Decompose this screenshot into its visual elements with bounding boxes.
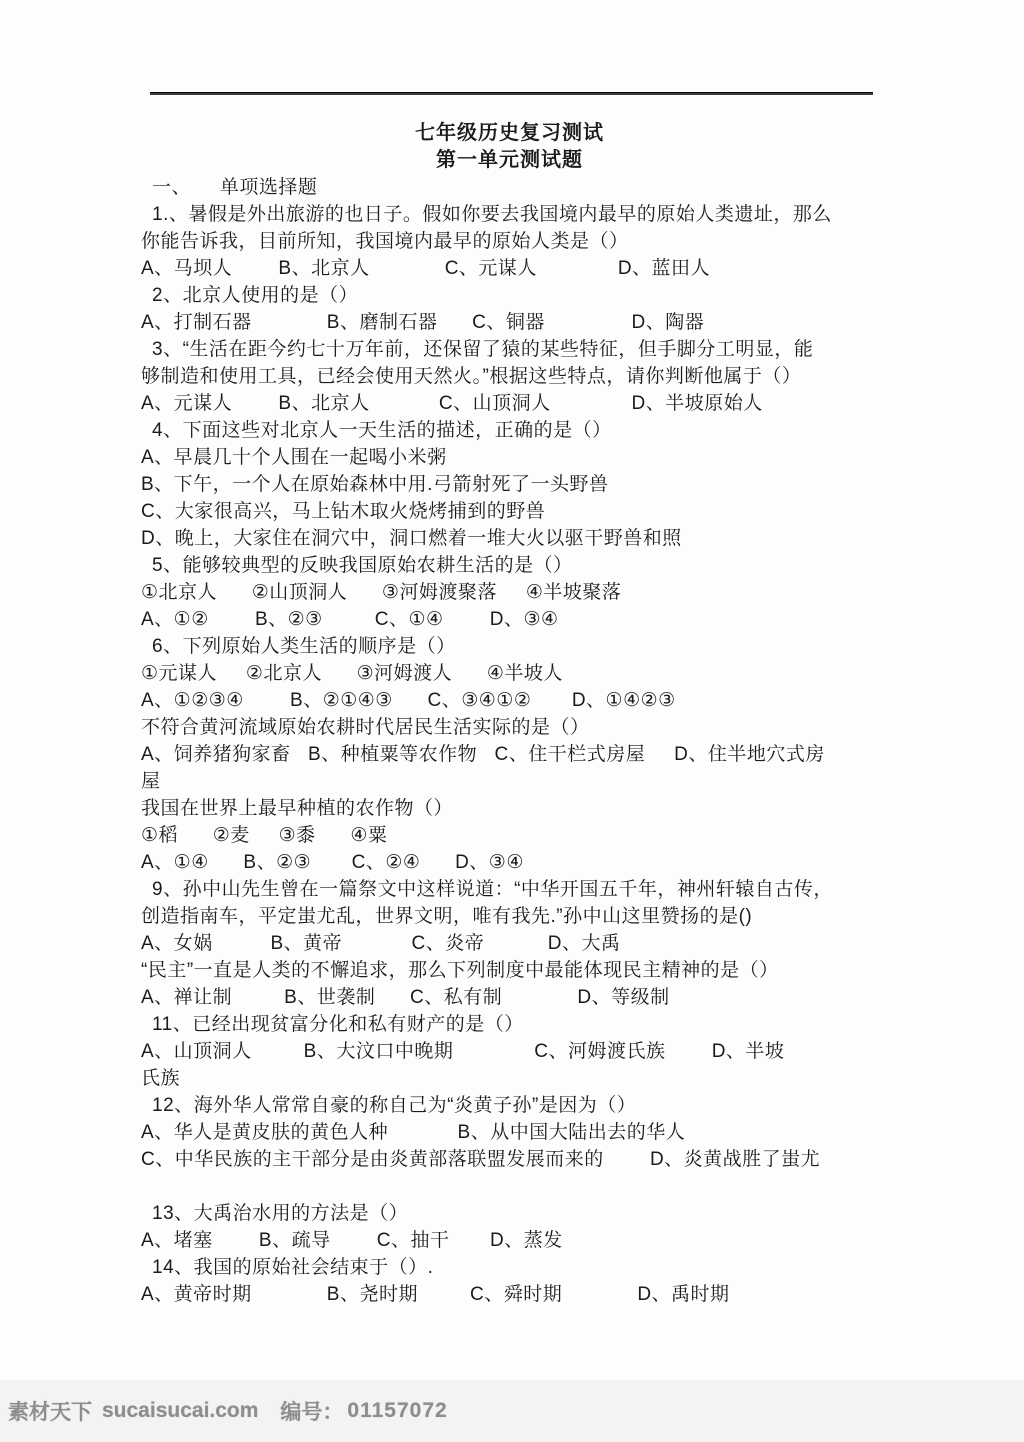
text-line: ①元谋人 ②北京人 ③河姆渡人 ④半坡人 (141, 660, 878, 687)
watermark-bar: 素材天下 sucaisucai.com 编号： 01157072 (0, 1380, 1024, 1442)
text-line: A、马坝人 B、北京人 C、元谋人 D、蓝田人 (141, 255, 878, 282)
watermark-brand: 素材天下 (8, 1396, 92, 1426)
text-line: C、中华民族的主干部分是由炎黄部落联盟发展而来的 D、炎黄战胜了蚩尤 (141, 1146, 878, 1173)
text-line: B、下午，一个人在原始森林中用.弓箭射死了一头野兽 (141, 471, 878, 498)
watermark-id-value: 01157072 (347, 1399, 447, 1423)
text-line: 3、“生活在距今约七十万年前，还保留了猿的某些特征，但手脚分工明显，能 (141, 336, 878, 363)
text-line: A、黄帝时期 B、尧时期 C、舜时期 D、禹时期 (141, 1281, 878, 1308)
text-line: 11、已经出现贫富分化和私有财产的是（） (141, 1011, 878, 1038)
text-line: 12、海外华人常常自豪的称自己为“炎黄子孙”是因为（） (141, 1092, 878, 1119)
text-line: A、堵塞 B、疏导 C、抽干 D、蒸发 (141, 1227, 878, 1254)
text-line: 创造指南车，平定蚩尤乱，世界文明，唯有我先.”孙中山这里赞扬的是() (141, 903, 878, 930)
text-line: A、饲养猪狗家畜 B、种植粟等农作物 C、住干栏式房屋 D、住半地穴式房 (141, 741, 878, 768)
text-line: A、禅让制 B、世袭制 C、私有制 D、等级制 (141, 984, 878, 1011)
text-line: A、华人是黄皮肤的黄色人种 B、从中国大陆出去的华人 (141, 1119, 878, 1146)
text-line: 14、我国的原始社会结束于（）. (141, 1254, 878, 1281)
text-line: ①北京人 ②山顶洞人 ③河姆渡聚落 ④半坡聚落 (141, 579, 878, 606)
question-lines: 一、 单项选择题 1.、暑假是外出旅游的也日子。假如你要去我国境内最早的原始人类… (141, 174, 878, 1308)
text-line: D、晚上，大家住在洞穴中，洞口燃着一堆大火以驱干野兽和照 (141, 525, 878, 552)
text-line: A、女娲 B、黄帝 C、炎帝 D、大禹 (141, 930, 878, 957)
text-line: “民主”一直是人类的不懈追求，那么下列制度中最能体现民主精神的是（） (141, 957, 878, 984)
text-line: 够制造和使用工具，已经会使用天然火。”根据这些特点，请你判断他属于（） (141, 363, 878, 390)
text-line: 氏族 (141, 1065, 878, 1092)
text-line: 6、下列原始人类生活的顺序是（） (141, 633, 878, 660)
text-line: 屋 (141, 768, 878, 795)
text-line: 4、下面这些对北京人一天生活的描述，正确的是（） (141, 417, 878, 444)
text-line: C、大家很高兴，马上钻木取火烧烤捕到的野兽 (141, 498, 878, 525)
text-line: 9、孙中山先生曾在一篇祭文中这样说道：“中华开国五千年，神州轩辕自古传， (141, 876, 878, 903)
watermark-id-label: 编号： (280, 1396, 343, 1426)
document-subtitle: 第一单元测试题 (141, 147, 878, 174)
text-line: A、①②③④ B、②①④③ C、③④①② D、①④②③ (141, 687, 878, 714)
text-line: A、早晨几十个人围在一起喝小米粥 (141, 444, 878, 471)
document-content: 七年级历史复习测试 第一单元测试题 一、 单项选择题 1.、暑假是外出旅游的也日… (141, 120, 878, 1308)
text-line: A、山顶洞人 B、大汶口中晚期 C、河姆渡氏族 D、半坡 (141, 1038, 878, 1065)
text-line: A、打制石器 B、磨制石器 C、铜器 D、陶器 (141, 309, 878, 336)
watermark-url-link[interactable]: sucaisucai.com (102, 1399, 258, 1423)
text-line: A、元谋人 B、北京人 C、山顶洞人 D、半坡原始人 (141, 390, 878, 417)
text-line: A、①④ B、②③ C、②④ D、③④ (141, 849, 878, 876)
text-line: 13、大禹治水用的方法是（） (141, 1200, 878, 1227)
text-line: 我国在世界上最早种植的农作物（） (141, 795, 878, 822)
text-line: ①稻 ②麦 ③黍 ④粟 (141, 822, 878, 849)
text-line (141, 1173, 878, 1200)
document-title: 七年级历史复习测试 (141, 120, 878, 147)
text-line: 5、能够较典型的反映我国原始农耕生活的是（） (141, 552, 878, 579)
text-line: 不符合黄河流域原始农耕时代居民生活实际的是（） (141, 714, 878, 741)
text-line: 2、北京人使用的是（） (141, 282, 878, 309)
text-line: 一、 单项选择题 (141, 174, 878, 201)
text-line: 你能告诉我，目前所知，我国境内最早的原始人类是（） (141, 228, 878, 255)
header-rule (150, 92, 873, 95)
text-line: 1.、暑假是外出旅游的也日子。假如你要去我国境内最早的原始人类遗址，那么 (141, 201, 878, 228)
text-line: A、①② B、②③ C、①④ D、③④ (141, 606, 878, 633)
